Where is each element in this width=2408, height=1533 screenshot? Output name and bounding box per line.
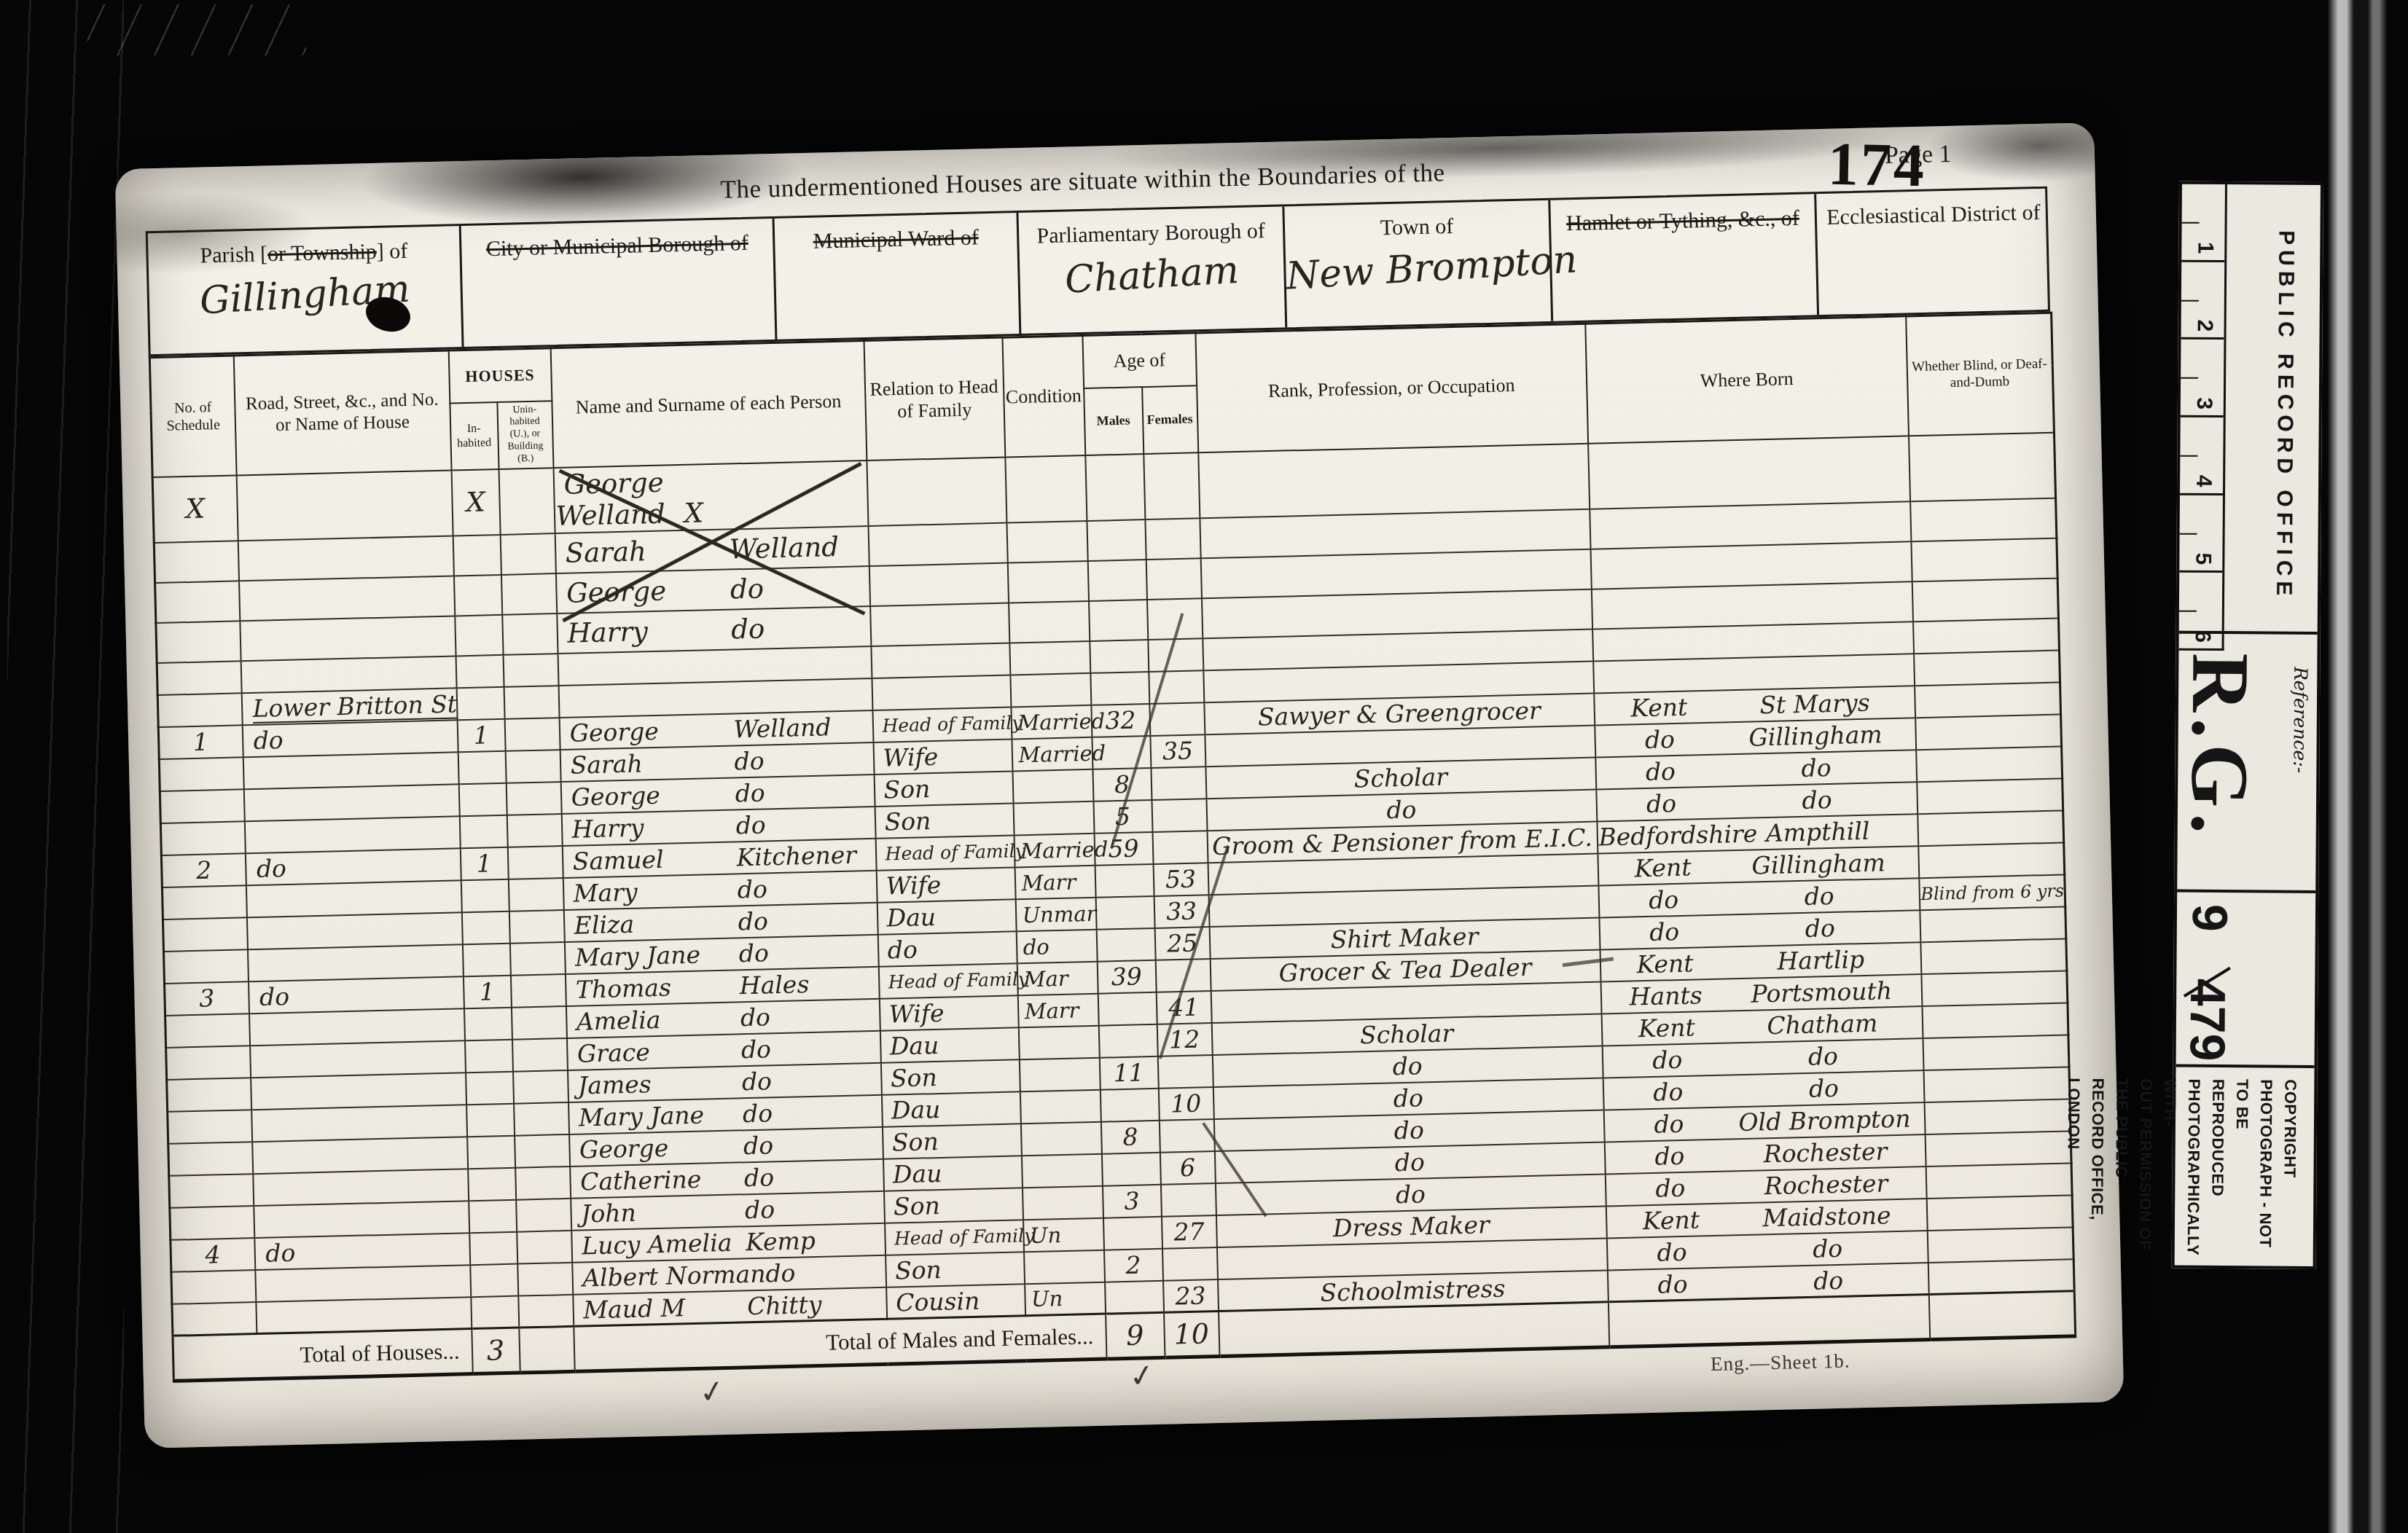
- cell-age-female: [1151, 766, 1206, 800]
- col-header-age: Age of: [1082, 333, 1197, 388]
- film-scratches-left: [7, 0, 124, 1533]
- person-surname: do: [735, 778, 765, 807]
- cell-relation: Dau: [880, 1027, 1019, 1062]
- person-surname: do: [730, 573, 765, 605]
- born-county: Bedfordshire: [1598, 820, 1726, 851]
- ruler-number: 4: [2191, 475, 2216, 487]
- cell-condition: [1022, 1185, 1103, 1220]
- cell-age-male: [1098, 992, 1157, 1025]
- occupation-value: Dress Maker: [1333, 1210, 1490, 1242]
- cell-condition: [1009, 640, 1090, 675]
- cell-schedule: [160, 821, 245, 855]
- age-female-value: 41: [1168, 993, 1200, 1022]
- relation-value: Head of Family: [888, 968, 1028, 993]
- age-male-value: 11: [1113, 1058, 1144, 1087]
- cell-age-female: [1160, 1183, 1216, 1217]
- col-header-males: Males: [1084, 387, 1144, 455]
- relation-value: Dau: [886, 903, 936, 933]
- cell-age-male: [1090, 640, 1149, 673]
- col-header-born: Where Born: [1585, 316, 1909, 443]
- cell-condition: [1021, 1153, 1102, 1188]
- cell-age-male: 3: [1102, 1184, 1161, 1218]
- cell-uninhabited: [504, 686, 559, 719]
- cell-schedule: [163, 949, 248, 984]
- field-label: Town of: [1285, 211, 1549, 245]
- form-title: The undermentioned Houses are situate wi…: [720, 158, 1445, 204]
- film-ruler: 123456: [2179, 184, 2227, 651]
- cell-schedule: [166, 1046, 251, 1080]
- header-field: Ecclesiastical District of: [1816, 189, 2052, 315]
- cell-uninhabited: [502, 613, 558, 655]
- cell-age-female: 23: [1163, 1279, 1219, 1313]
- cell-condition: Mar: [1017, 961, 1098, 995]
- person-forename: Harry: [563, 811, 736, 844]
- born-county: do: [1603, 1044, 1731, 1075]
- occupation-value: Schoolmistress: [1320, 1274, 1506, 1306]
- born-place: Portsmouth: [1729, 976, 1914, 1008]
- person-forename: Mary Jane: [570, 1099, 743, 1132]
- cell-road: [243, 784, 459, 821]
- cell-road: [243, 752, 458, 789]
- born-place: do: [1727, 911, 1912, 944]
- cell-relation: Son: [880, 1059, 1020, 1094]
- cell-schedule: [165, 1013, 250, 1048]
- born-place: Ampthill: [1725, 815, 1910, 848]
- relation-value: Dau: [889, 1031, 939, 1061]
- cell-schedule: [163, 917, 247, 952]
- cell-age-male: [1103, 1216, 1162, 1250]
- col-header-schedule: No. of Schedule: [149, 356, 236, 477]
- age-female-value: 25: [1167, 929, 1198, 958]
- relation-value: Head of Family: [894, 1225, 1035, 1250]
- cell-blind-remark: [1916, 746, 2063, 782]
- born-place: do: [1724, 751, 1909, 784]
- person-surname: do: [738, 938, 769, 968]
- cell-road: [244, 816, 460, 853]
- born-place: Maidstone: [1735, 1200, 1920, 1233]
- cell-inhabited: [453, 534, 501, 576]
- cell-inhabited: [456, 654, 504, 688]
- relation-value: do: [887, 936, 918, 965]
- person-surname: Chitty: [747, 1290, 822, 1320]
- person-surname: Welland: [555, 498, 665, 532]
- col-header-road: Road, Street, &c., and No. or Name of Ho…: [233, 350, 451, 475]
- cell-road: [256, 1297, 472, 1334]
- cell-uninhabited: [518, 1294, 574, 1328]
- cell-blind-remark: [1925, 1131, 2071, 1167]
- ruler-number: 2: [2192, 319, 2217, 332]
- relation-value: Dau: [893, 1159, 942, 1189]
- cell-blind-remark: [1920, 938, 2067, 974]
- cell-blind-remark: [1923, 1035, 2069, 1070]
- totals-empty-rank: [1219, 1302, 1609, 1357]
- person-forename: Maud M: [574, 1292, 748, 1325]
- cell-inhabited: [459, 815, 507, 848]
- born-place: Hartlip: [1728, 944, 1913, 976]
- cell-uninhabited: [510, 973, 566, 1007]
- cell-inhabited: 1: [463, 975, 511, 1008]
- cell-relation: Wife: [879, 995, 1018, 1030]
- born-place: Old Brompton: [1732, 1104, 1918, 1137]
- cell-occupation: [1198, 443, 1590, 518]
- cell-condition: [1020, 1089, 1101, 1124]
- cell-age-male: [1101, 1152, 1160, 1185]
- person-surname: do: [741, 1067, 772, 1096]
- cell-uninhabited: [514, 1102, 569, 1135]
- cell-relation: Dau: [883, 1156, 1022, 1191]
- inhabited-mark: 1: [476, 849, 492, 877]
- cell-age-female: [1157, 1055, 1213, 1089]
- cell-schedule: [157, 661, 241, 695]
- cell-uninhabited: [499, 468, 555, 535]
- cell-uninhabited: [509, 942, 565, 976]
- cell-schedule: [156, 621, 241, 663]
- road-name: do: [253, 726, 284, 755]
- cell-inhabited: [462, 943, 510, 976]
- header-field: Parliamentary Borough ofChatham: [1018, 206, 1287, 334]
- relation-value: Son: [895, 1255, 942, 1285]
- road-name: do: [256, 854, 286, 883]
- born-place: Rochester: [1734, 1168, 1919, 1201]
- col-header-rank: Rank, Profession, or Occupation: [1195, 324, 1588, 452]
- cell-road: [247, 944, 463, 981]
- cell-relation: [872, 675, 1011, 710]
- cell-condition: [1020, 1121, 1101, 1156]
- field-label: City or Municipal Borough of: [461, 229, 773, 264]
- cell-blind-remark: [1918, 842, 2065, 878]
- schedule-number: 2: [196, 855, 212, 884]
- cell-road: [252, 1137, 468, 1174]
- cell-uninhabited: [512, 1038, 567, 1071]
- age-female-value: 35: [1162, 737, 1193, 766]
- age-female-value: 53: [1165, 865, 1197, 894]
- cell-road: [238, 536, 453, 581]
- cell-uninhabited: [516, 1198, 571, 1231]
- cell-condition: Un: [1025, 1282, 1106, 1316]
- person-surname: do: [765, 1259, 796, 1288]
- field-label-text: Ecclesiastical District of: [1826, 200, 2041, 230]
- field-label-struck: Hamlet or Tything, &c., of: [1566, 206, 1799, 236]
- field-value-handwritten: Chatham: [1019, 246, 1285, 305]
- born-place: Chatham: [1729, 1008, 1915, 1040]
- cell-road: [239, 576, 455, 621]
- cell-inhabited: [466, 1071, 514, 1105]
- cell-schedule: [171, 1270, 256, 1304]
- cell-age-female: [1155, 959, 1211, 992]
- col-header-relation: Relation to Head of Family: [864, 337, 1005, 460]
- schedule-number: 1: [193, 727, 209, 756]
- field-label-struck: City or Municipal Borough of: [486, 231, 749, 261]
- cell-blind-remark: [1926, 1195, 2073, 1231]
- cell-blind-remark: [1928, 1259, 2074, 1295]
- ruler-cell: 2: [2181, 262, 2224, 340]
- cell-age-male: 2: [1104, 1248, 1163, 1282]
- person-surname: do: [731, 613, 765, 645]
- relation-value: Dau: [891, 1095, 940, 1125]
- person-surname: do: [740, 1035, 771, 1064]
- cell-age-female: 27: [1161, 1215, 1216, 1249]
- age-male-value: 39: [1111, 962, 1142, 991]
- occupation-value: do: [1393, 1083, 1423, 1113]
- born-place: Rochester: [1733, 1136, 1918, 1169]
- ruler-number: 5: [2190, 552, 2215, 565]
- road-name: do: [259, 982, 290, 1011]
- condition-value: Married: [1017, 708, 1105, 735]
- cell-age-male: [1090, 672, 1149, 705]
- cell-blind-remark: [1911, 538, 2057, 581]
- cell-inhabited: 1: [460, 847, 508, 880]
- person-forename: George: [560, 715, 734, 748]
- cell-blind-remark: [1927, 1227, 2073, 1263]
- person-surname: Kitchener: [736, 841, 856, 872]
- col-header-condition: Condition: [1002, 336, 1085, 458]
- cell-road: [236, 470, 453, 541]
- cell-road: do: [248, 976, 464, 1013]
- cell-relation: [869, 562, 1008, 605]
- reference-card: PUBLIC RECORD OFFICE 123456 Reference:- …: [2172, 181, 2323, 1269]
- cell-age-male: [1089, 600, 1148, 641]
- cell-inhabited: [467, 1135, 515, 1169]
- person-surname: do: [745, 1195, 775, 1224]
- cell-schedule: [159, 757, 243, 791]
- cell-relation: Son: [874, 771, 1013, 806]
- born-place: Gillingham: [1726, 847, 1911, 880]
- ruler-cell: 4: [2180, 417, 2224, 495]
- born-place: do: [1736, 1264, 1921, 1297]
- person-surname: do: [743, 1131, 774, 1160]
- field-label: Parish [or Township] of: [148, 236, 460, 271]
- cell-schedule: [155, 581, 240, 623]
- cell-name: Harrydo: [557, 605, 871, 653]
- relation-value: Son: [892, 1127, 939, 1156]
- cell-relation: do: [877, 931, 1017, 966]
- relation-value: Son: [883, 775, 931, 804]
- born-county: do: [1606, 1140, 1733, 1172]
- cell-road: [253, 1169, 469, 1206]
- census-rows: XXGeorgeWellandXSarahWellandGeorgedoHarr…: [152, 432, 2074, 1336]
- cell-age-male: [1098, 1024, 1157, 1057]
- cell-inhabited: [468, 1167, 516, 1201]
- cell-blind-remark: [1920, 906, 2066, 942]
- cell-uninhabited: [515, 1166, 571, 1199]
- cell-inhabited: 1: [457, 718, 505, 752]
- ruler-cell: 1: [2181, 184, 2225, 262]
- cell-inhabited: [471, 1295, 519, 1329]
- header-field: Municipal Ward of: [775, 213, 1022, 340]
- cell-inhabited: [461, 911, 509, 944]
- person-surname: Welland: [733, 713, 832, 743]
- cell-condition: Un: [1023, 1218, 1104, 1252]
- cell-schedule: 3: [165, 981, 249, 1016]
- cell-name: Georgedo: [555, 566, 869, 613]
- person-forename: Amelia: [567, 1003, 740, 1036]
- born-county: do: [1598, 788, 1725, 819]
- ruler-number: 1: [2192, 242, 2217, 254]
- cell-age-female: 35: [1150, 734, 1205, 768]
- schedule-number: 4: [205, 1240, 221, 1269]
- col-header-houses: HOUSES: [448, 348, 552, 403]
- cross-mark: X: [684, 497, 703, 529]
- occupation-value: Scholar: [1360, 1019, 1454, 1049]
- cell-age-female: [1147, 598, 1203, 640]
- relation-value: Wife: [888, 999, 945, 1029]
- reference-card-office-section: PUBLIC RECORD OFFICE 123456: [2179, 184, 2321, 632]
- condition-value: Married: [1020, 836, 1108, 863]
- cell-relation: Head of Family: [878, 963, 1017, 998]
- age-female-value: 23: [1175, 1281, 1206, 1310]
- cell-inhabited: [458, 750, 506, 784]
- cell-road: [241, 656, 456, 693]
- cell-blind-remark: [1909, 432, 2056, 501]
- cell-inhabited: [469, 1231, 517, 1265]
- person-surname: do: [734, 746, 765, 775]
- cell-uninhabited: [501, 573, 556, 615]
- condition-value: do: [1023, 934, 1049, 960]
- cell-condition: Unmar: [1015, 897, 1096, 931]
- cell-schedule: X: [152, 475, 238, 543]
- col-header-name: Name and Surname of each Person: [550, 341, 867, 468]
- person-forename: George: [571, 1132, 744, 1164]
- total-females-handwritten: 10: [1173, 1317, 1209, 1350]
- person-forename: George: [562, 779, 735, 812]
- cell-schedule: 4: [171, 1238, 255, 1272]
- totals-empty-blind: [1928, 1291, 2075, 1340]
- age-male-value: 3: [1124, 1187, 1140, 1215]
- cell-blind-remark: [1913, 618, 2060, 654]
- cell-relation: Wife: [876, 867, 1015, 902]
- person-forename: Mary Jane: [566, 939, 739, 972]
- cell-age-female: 10: [1158, 1087, 1213, 1121]
- ruler-cell: 5: [2179, 495, 2223, 573]
- public-record-office-label: PUBLIC RECORD OFFICE: [2271, 207, 2299, 624]
- age-male-value: 59: [1108, 834, 1139, 863]
- person-forename: James: [569, 1067, 743, 1100]
- cell-relation: Cousin: [886, 1284, 1025, 1319]
- field-value-handwritten: Gillingham: [148, 264, 461, 326]
- cell-age-male: [1096, 928, 1155, 961]
- cell-blind-remark: [1921, 971, 2068, 1006]
- cell-age-male: [1087, 520, 1146, 561]
- copyright-line: COPYRIGHT PHOTOGRAPH - NOT TO BE: [2229, 1079, 2303, 1256]
- cell-uninhabited: [508, 878, 563, 911]
- cell-name: SarahWelland: [555, 526, 869, 573]
- occupation-value: do: [1386, 795, 1417, 824]
- cell-age-female: [1144, 452, 1200, 520]
- occupation-value: do: [1393, 1116, 1424, 1145]
- cell-age-female: [1162, 1247, 1217, 1281]
- field-label-struck: Municipal Ward of: [813, 225, 979, 253]
- relation-value: Son: [894, 1191, 941, 1220]
- person-forename: Grace: [568, 1035, 742, 1068]
- totals-empty-uninhabited: [519, 1326, 574, 1373]
- cell-blind-remark: [1923, 1067, 2070, 1102]
- born-county: do: [1605, 1108, 1732, 1140]
- col-header-blind: Whether Blind, or Deaf-and-Dumb: [1906, 313, 2055, 436]
- field-label: Municipal Ward of: [775, 223, 1017, 256]
- cell-condition: [1013, 801, 1094, 835]
- cell-schedule: [157, 693, 242, 727]
- header-field: City or Municipal Borough of: [461, 219, 778, 347]
- schedule-number: 3: [199, 984, 215, 1012]
- cell-condition: Marr: [1015, 865, 1095, 899]
- piece-number: 9: [2181, 904, 2238, 932]
- cell-relation: Son: [875, 803, 1014, 838]
- field-label-text: ] of: [377, 239, 408, 264]
- relation-value: Cousin: [896, 1286, 980, 1317]
- cell-age-female: 41: [1156, 991, 1211, 1024]
- occupation-value: Sawyer & Greengrocer: [1257, 696, 1541, 731]
- cell-schedule: [170, 1206, 254, 1240]
- cell-name: GeorgeWellandX: [553, 460, 868, 533]
- cell-road: do: [242, 720, 458, 757]
- cell-uninhabited: [515, 1134, 570, 1167]
- field-label-text: Parliamentary Borough of: [1036, 219, 1265, 248]
- cell-road: Lower Britton St: [241, 688, 457, 725]
- born-county: Kent: [1603, 1012, 1730, 1043]
- relation-value: Head of Family: [882, 712, 1023, 737]
- born-place: Gillingham: [1723, 720, 1908, 753]
- relation-value: Head of Family: [885, 840, 1025, 865]
- cell-condition: [1019, 1057, 1100, 1091]
- cell-schedule: [172, 1302, 257, 1336]
- person-forename: John: [572, 1196, 746, 1228]
- field-label: Ecclesiastical District of: [1816, 199, 2050, 232]
- cell-relation: Head of Family: [872, 707, 1012, 742]
- cell-condition: [1007, 560, 1088, 603]
- field-label-struck: or Township: [267, 240, 378, 267]
- cell-age-male: [1095, 863, 1154, 897]
- cell-age-male: 8: [1101, 1120, 1160, 1153]
- person-surname: do: [740, 1003, 770, 1032]
- cell-condition: [1012, 769, 1093, 803]
- cell-blind-remark: Blind from 6 yrs: [1919, 874, 2065, 910]
- age-female-value: 10: [1170, 1089, 1202, 1118]
- condition-value: Unmar: [1022, 901, 1097, 927]
- total-females-value: 10: [1164, 1312, 1219, 1358]
- copyright-line: REPRODUCED PHOTOGRAPHICALLY WITH-: [2157, 1078, 2231, 1255]
- cell-condition: [1009, 600, 1090, 643]
- reference-card-series-section: Reference:- R.G.: [2177, 631, 2317, 890]
- born-county: Kent: [1601, 948, 1729, 979]
- cell-road: [255, 1265, 471, 1302]
- person-surname: do: [744, 1163, 775, 1192]
- person-surname: do: [743, 1099, 773, 1128]
- field-label-text: Town of: [1380, 214, 1453, 240]
- cell-inhabited: [461, 879, 509, 912]
- road-name: do: [265, 1239, 296, 1268]
- person-forename: Sarah: [561, 747, 735, 780]
- relation-value: Wife: [886, 871, 942, 901]
- cell-schedule: 2: [161, 853, 246, 887]
- cell-condition: Married: [1014, 833, 1095, 867]
- age-female-value: 27: [1173, 1217, 1205, 1246]
- film-scratches-top: [87, 4, 306, 55]
- occupation-value: Grocer & Tea Dealer: [1278, 953, 1532, 987]
- born-place: do: [1724, 783, 1909, 816]
- person-surname: Kemp: [746, 1226, 816, 1256]
- occupation-value: do: [1395, 1180, 1426, 1209]
- person-surname: Hales: [739, 970, 809, 1000]
- cell-relation: Dau: [881, 1091, 1020, 1126]
- cell-condition: [1024, 1250, 1105, 1284]
- field-label: Hamlet or Tything, &c., of: [1551, 204, 1815, 238]
- cell-uninhabited: [505, 750, 560, 783]
- born-county: do: [1597, 756, 1724, 787]
- cell-age-male: [1085, 454, 1145, 521]
- cell-inhabited: X: [451, 468, 500, 536]
- born-place: do: [1735, 1232, 1920, 1265]
- total-males-value: 9: [1106, 1312, 1165, 1359]
